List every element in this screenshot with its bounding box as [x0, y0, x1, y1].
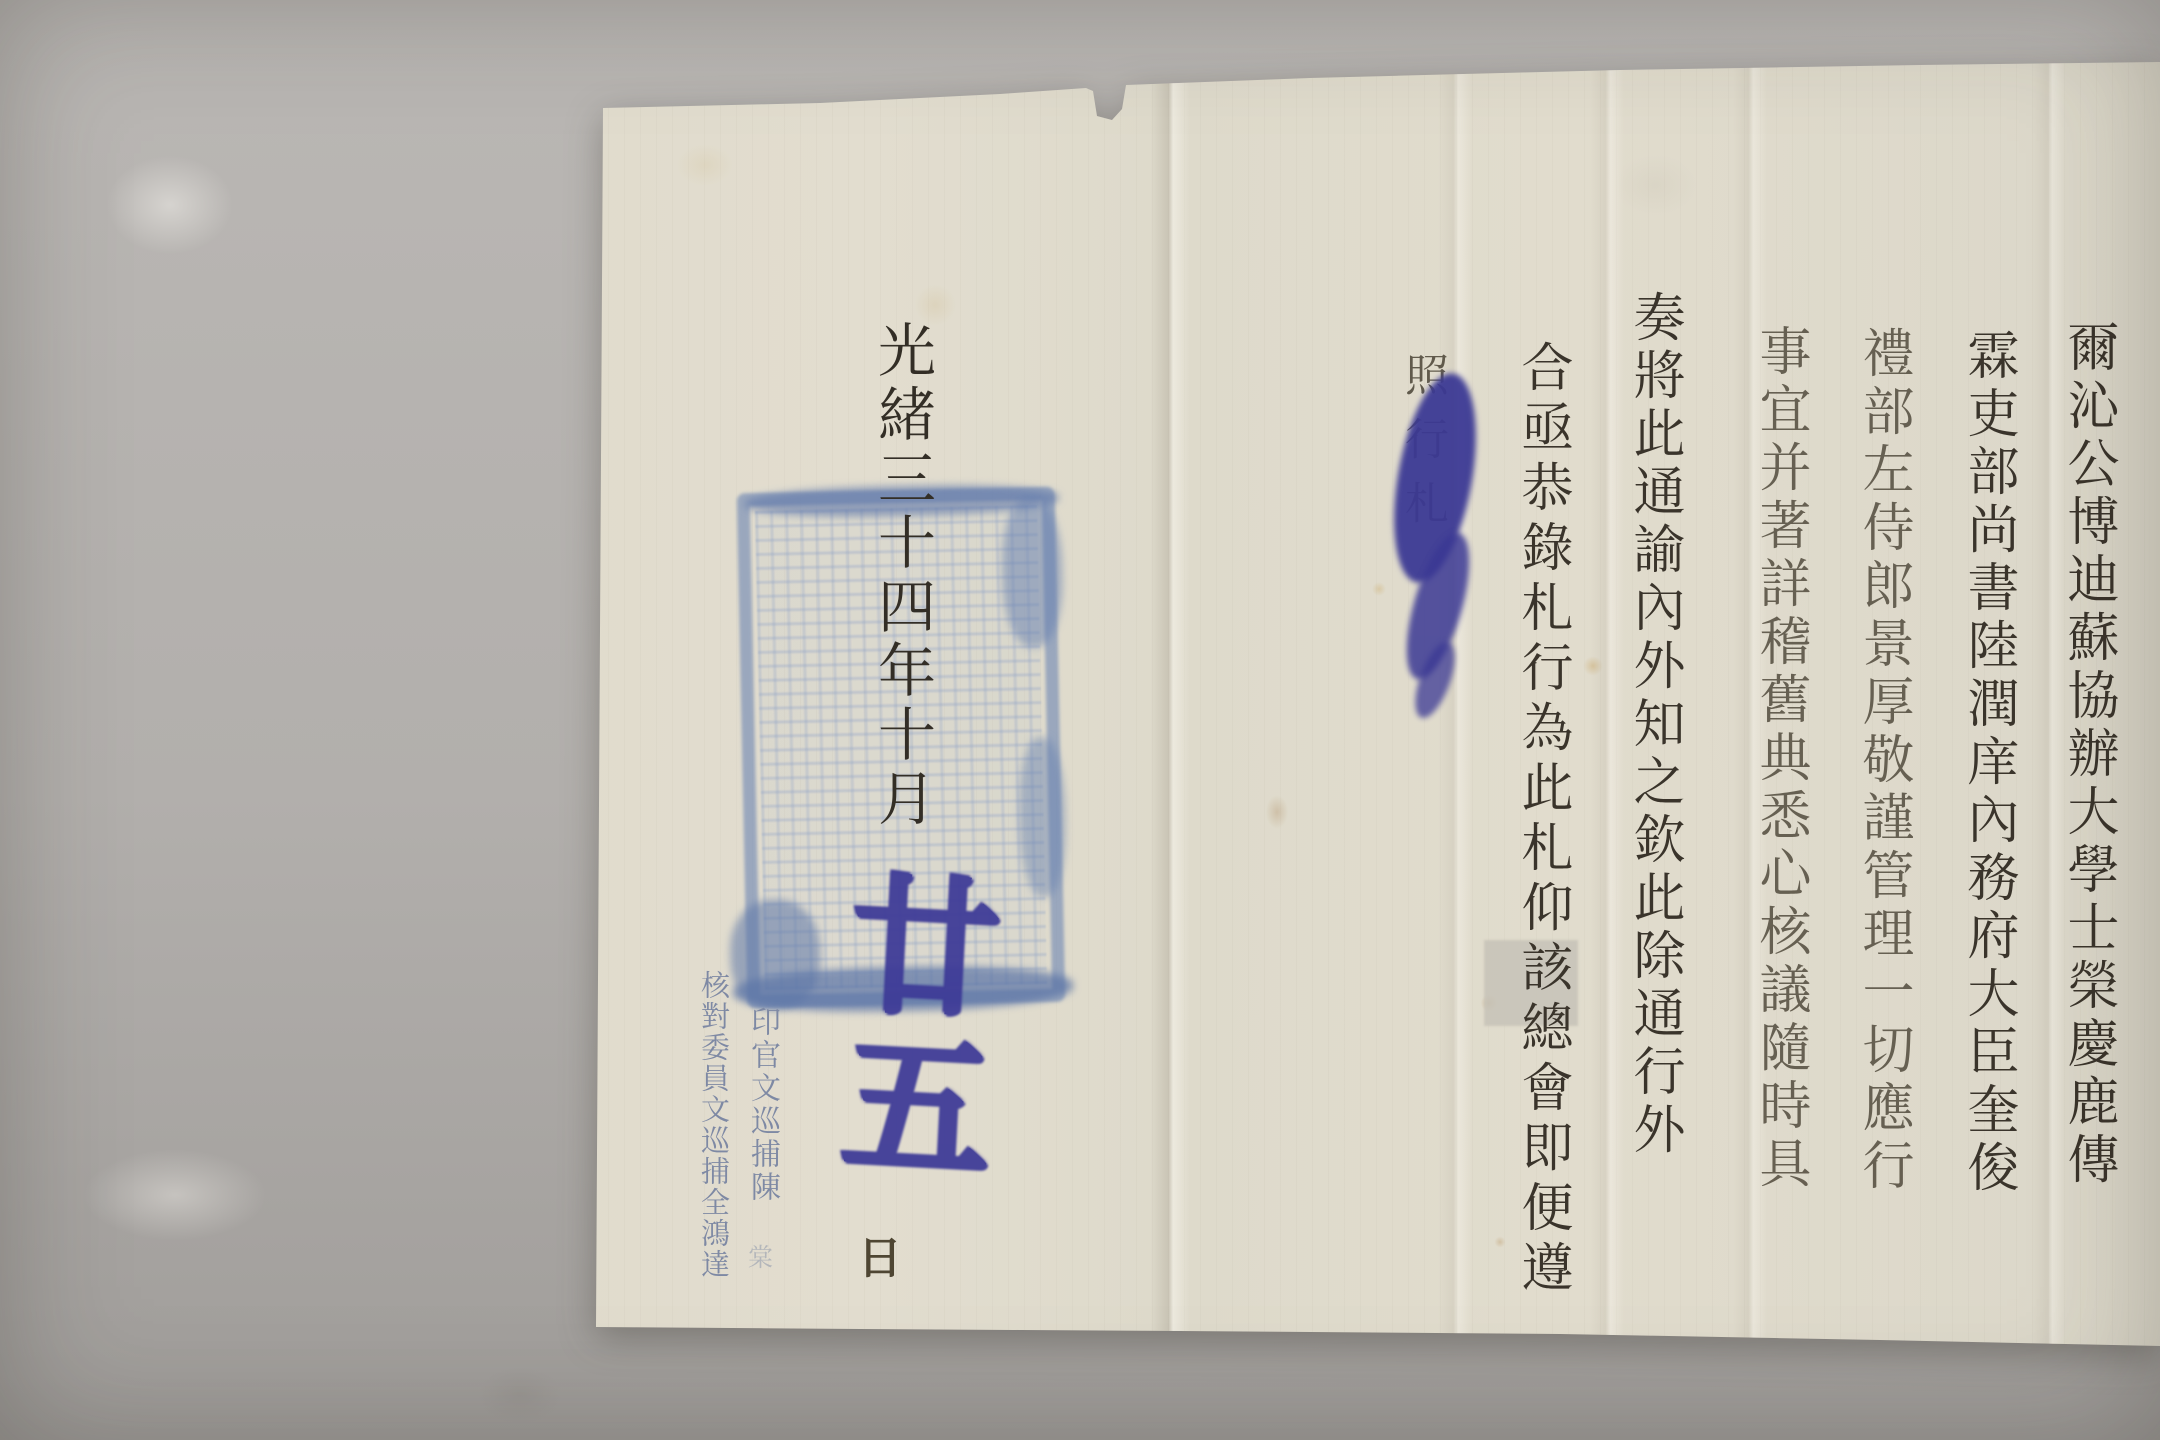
proofreader-official-column: 核對委員文巡捕全鴻達	[694, 970, 735, 1280]
document-paper: 爾沁公博迪蘇協辦大學士榮慶鹿傳 霖吏部尚書陸潤庠內務府大臣奎俊 禮部左侍郎景厚敬…	[0, 0, 2160, 1440]
date-column: 光緒三十四年十月	[860, 320, 944, 832]
seal-officer-column: 印官文巡捕陳	[740, 1006, 784, 1204]
main-text-column-5: 奏將此通諭內外知之欽此除通行外	[1622, 290, 1692, 1160]
document-photograph: 爾沁公博迪蘇協辦大學士榮慶鹿傳 霖吏部尚書陸潤庠內務府大臣奎俊 禮部左侍郎景厚敬…	[0, 0, 2160, 1440]
main-text-column-3: 禮部左侍郎景厚敬謹管理一切應行	[1851, 326, 1921, 1196]
seal-ink-smudge	[1001, 497, 1064, 648]
main-text-column-6: 合亟恭錄札行為此札仰該總會即便遵	[1510, 340, 1580, 1300]
main-text-column-4: 事宜并著詳稽舊典悉心核議隨時具	[1748, 324, 1818, 1194]
paper-shadow: 爾沁公博迪蘇協辦大學士榮慶鹿傳 霖吏部尚書陸潤庠內務府大臣奎俊 禮部左侍郎景厚敬…	[0, 0, 2160, 1440]
day-number-handwritten: 廿五	[792, 863, 1024, 1194]
signature-mark: 棠	[748, 1238, 773, 1274]
main-text-column-2: 霖吏部尚書陸潤庠內務府大臣奎俊	[1956, 328, 2026, 1198]
paper-surface	[0, 0, 2160, 1440]
day-character: 日	[858, 1222, 902, 1286]
main-text-column-1: 爾沁公博迪蘇協辦大學士榮慶鹿傳	[2056, 320, 2126, 1190]
